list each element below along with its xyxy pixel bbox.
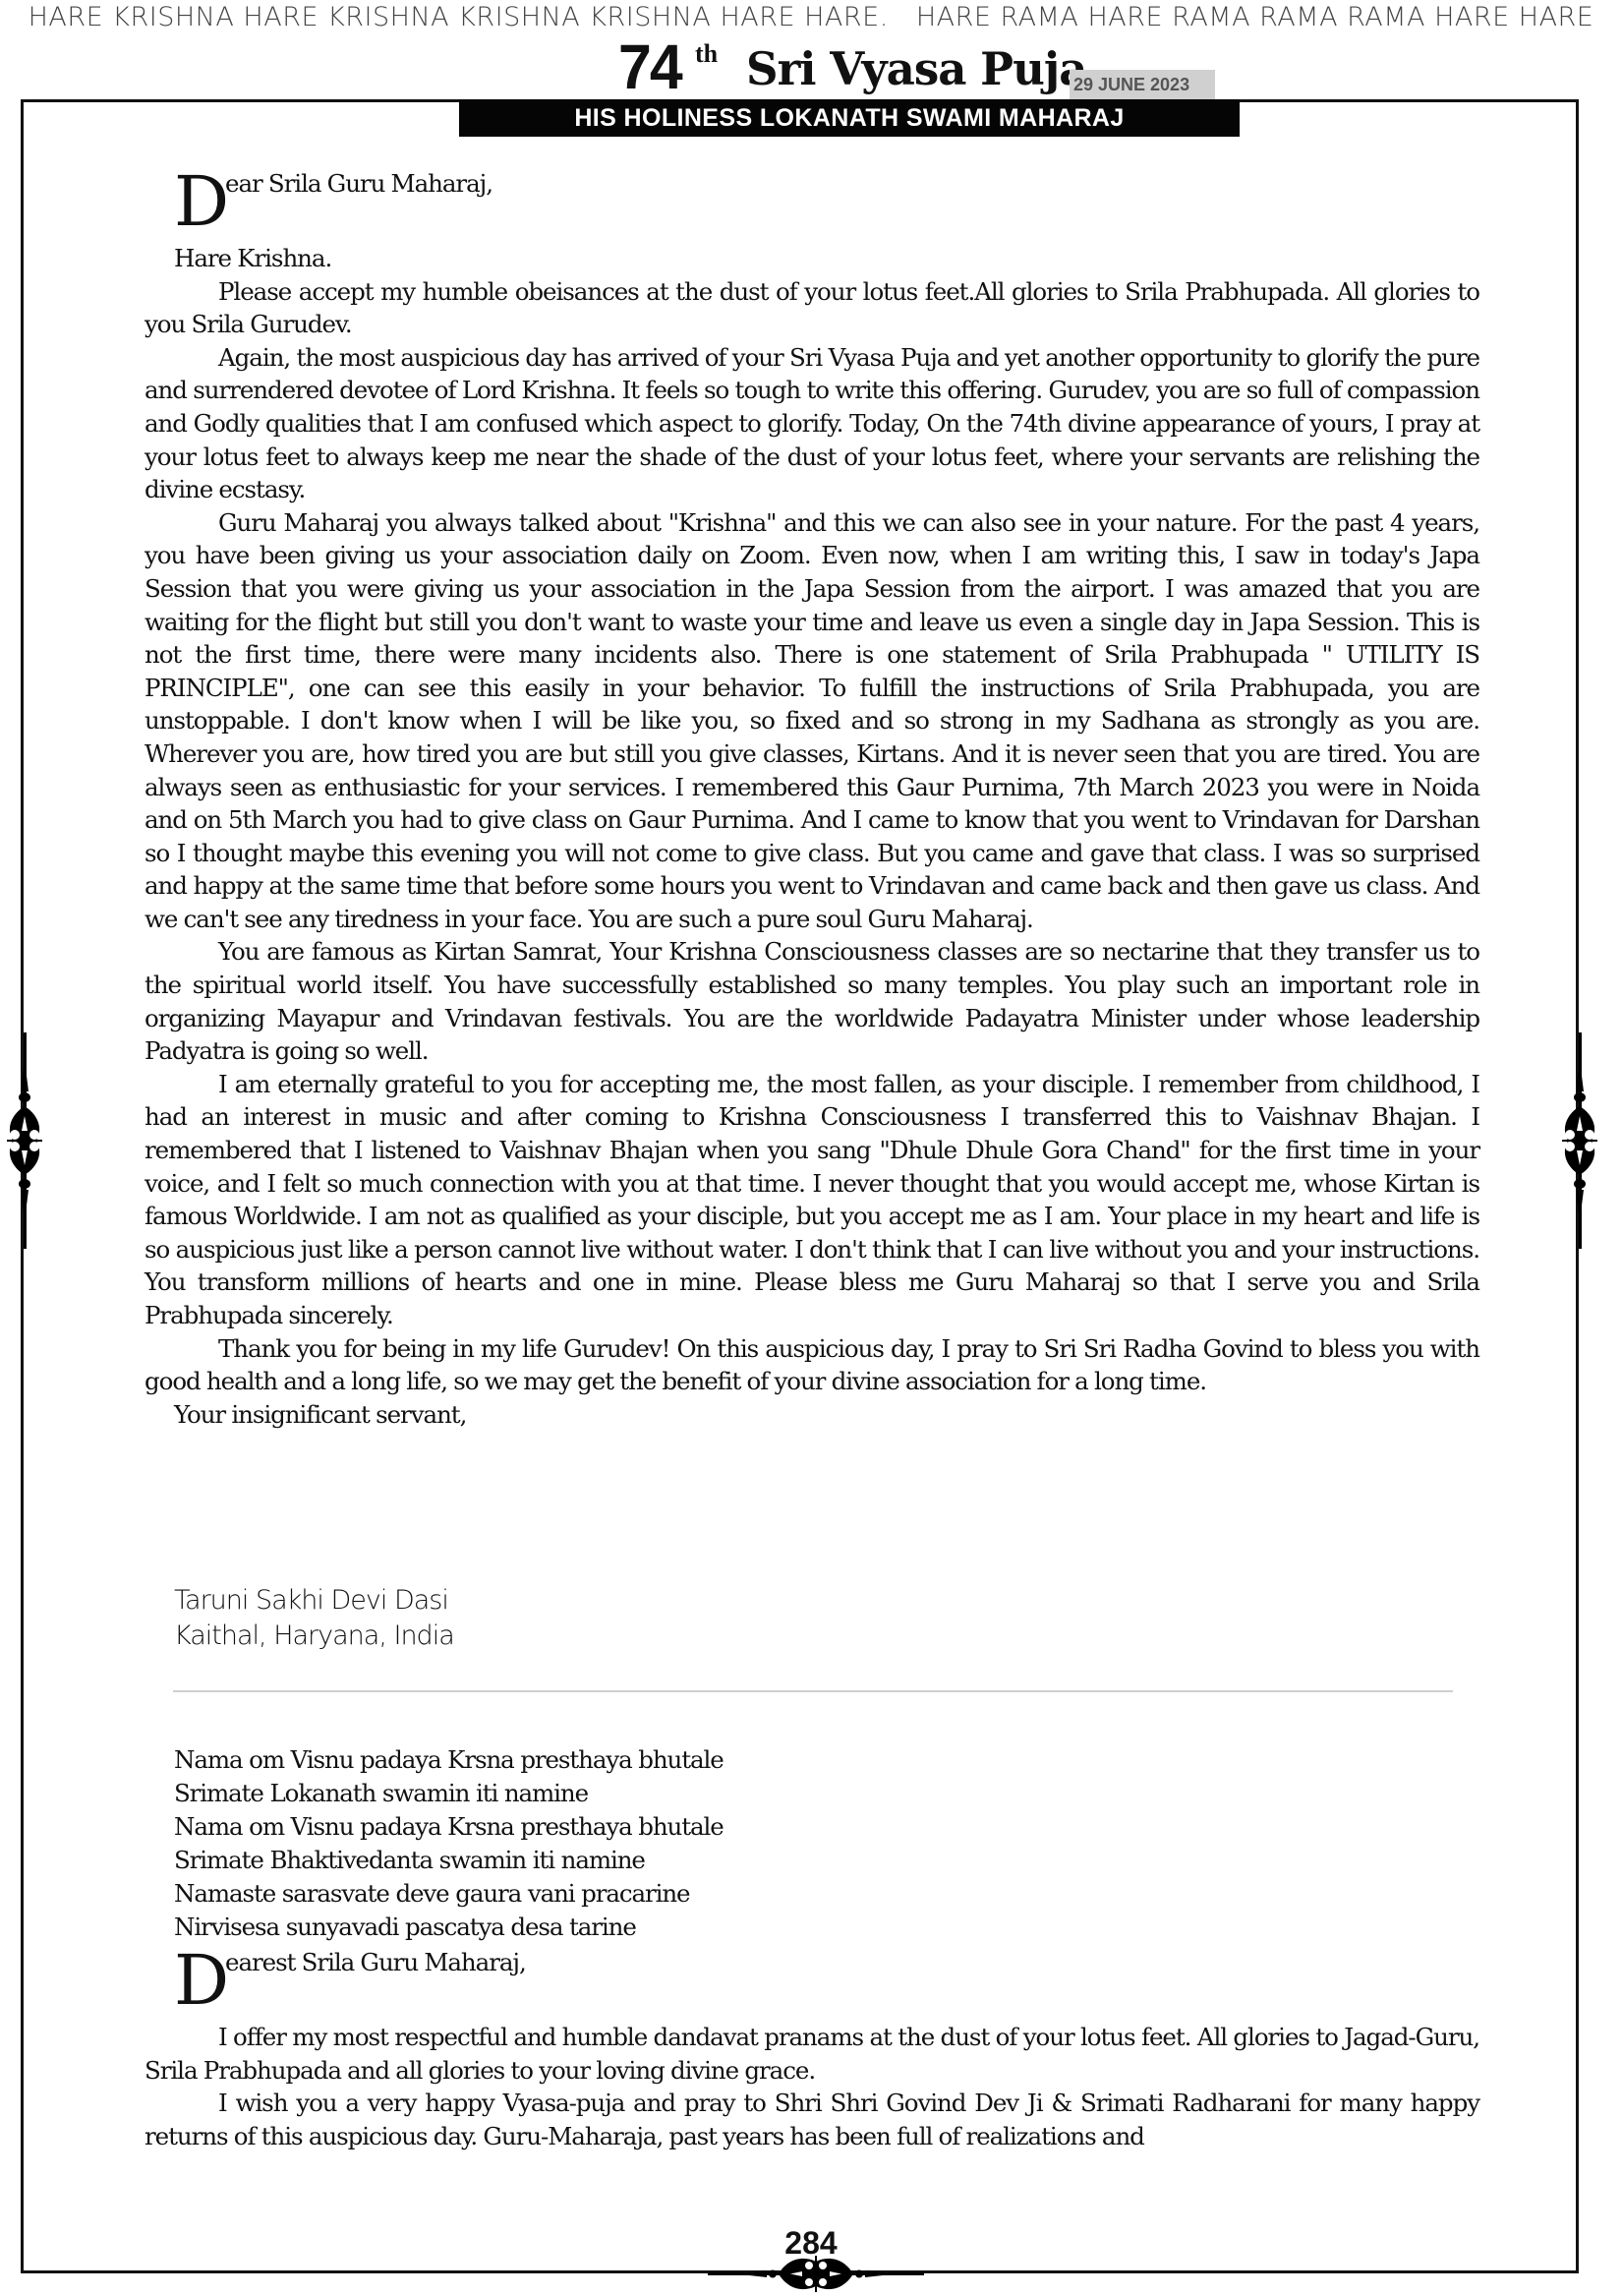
drop-cap: D	[174, 1946, 229, 2015]
verse-line: Namaste sarasvate deve gaura vani pracar…	[174, 1877, 724, 1911]
mantra-header: HARE KRISHNA HARE KRISHNA KRISHNA KRISHN…	[0, 2, 1622, 32]
paragraph: Thank you for being in my life Gurudev! …	[145, 1332, 1479, 1398]
letter-1: D ear Srila Guru Maharaj, Hare Krishna. …	[145, 165, 1479, 1431]
verse-line: Nama om Visnu padaya Krsna presthaya bhu…	[174, 1810, 724, 1844]
signature-name: Taruni Sakhi Devi Dasi	[174, 1583, 454, 1619]
closing: Your insignificant servant,	[145, 1398, 1479, 1432]
mantra-left: HARE KRISHNA HARE KRISHNA KRISHNA KRISHN…	[29, 2, 889, 32]
salutation: D ear Srila Guru Maharaj,	[145, 165, 1479, 242]
verse-line: Srimate Lokanath swamin iti namine	[174, 1777, 724, 1810]
greeting: Hare Krishna.	[145, 242, 1479, 275]
title-text: Sri Vyasa Puja	[746, 41, 1086, 96]
mantra-right: HARE RAMA HARE RAMA RAMA RAMA HARE HARE	[916, 2, 1594, 32]
paragraph: I offer my most respectful and humble da…	[145, 2021, 1479, 2087]
verse-line: Srimate Bhaktivedanta swamin iti namine	[174, 1844, 724, 1877]
paragraph: I am eternally grateful to you for accep…	[145, 1068, 1479, 1332]
drop-cap: D	[174, 167, 229, 236]
paragraph: Guru Maharaj you always talked about "Kr…	[145, 506, 1479, 936]
floral-ornament-icon	[5, 1032, 44, 1249]
verse-line: Nama om Visnu padaya Krsna presthaya bhu…	[174, 1743, 724, 1777]
floral-ornament-icon	[708, 2252, 924, 2296]
signature-place: Kaithal, Haryana, India	[174, 1619, 454, 1654]
section-divider	[173, 1690, 1453, 1692]
salutation-text: earest Srila Guru Maharaj,	[225, 1946, 526, 1979]
paragraph: I wish you a very happy Vyasa-puja and p…	[145, 2087, 1479, 2152]
title-number: 74	[618, 35, 681, 98]
paragraph: Please accept my humble obeisances at th…	[145, 275, 1479, 341]
verse-line: Nirvisesa sunyavadi pascatya desa tarine	[174, 1911, 724, 1944]
title-superscript: th	[695, 39, 718, 69]
subtitle-banner: HIS HOLINESS LOKANATH SWAMI MAHARAJ	[459, 99, 1240, 137]
date-badge: 29 JUNE 2023	[1070, 70, 1215, 99]
letter-2: D earest Srila Guru Maharaj, I offer my …	[145, 1944, 1479, 2152]
paragraph: You are famous as Kirtan Samrat, Your Kr…	[145, 935, 1479, 1067]
signature: Taruni Sakhi Devi Dasi Kaithal, Haryana,…	[174, 1583, 454, 1654]
salutation: D earest Srila Guru Maharaj,	[145, 1944, 1479, 2021]
prayer-verses: Nama om Visnu padaya Krsna presthaya bhu…	[174, 1743, 724, 1944]
floral-ornament-icon	[1560, 1032, 1599, 1249]
paragraph: Again, the most auspicious day has arriv…	[145, 341, 1479, 506]
salutation-text: ear Srila Guru Maharaj,	[225, 167, 492, 201]
